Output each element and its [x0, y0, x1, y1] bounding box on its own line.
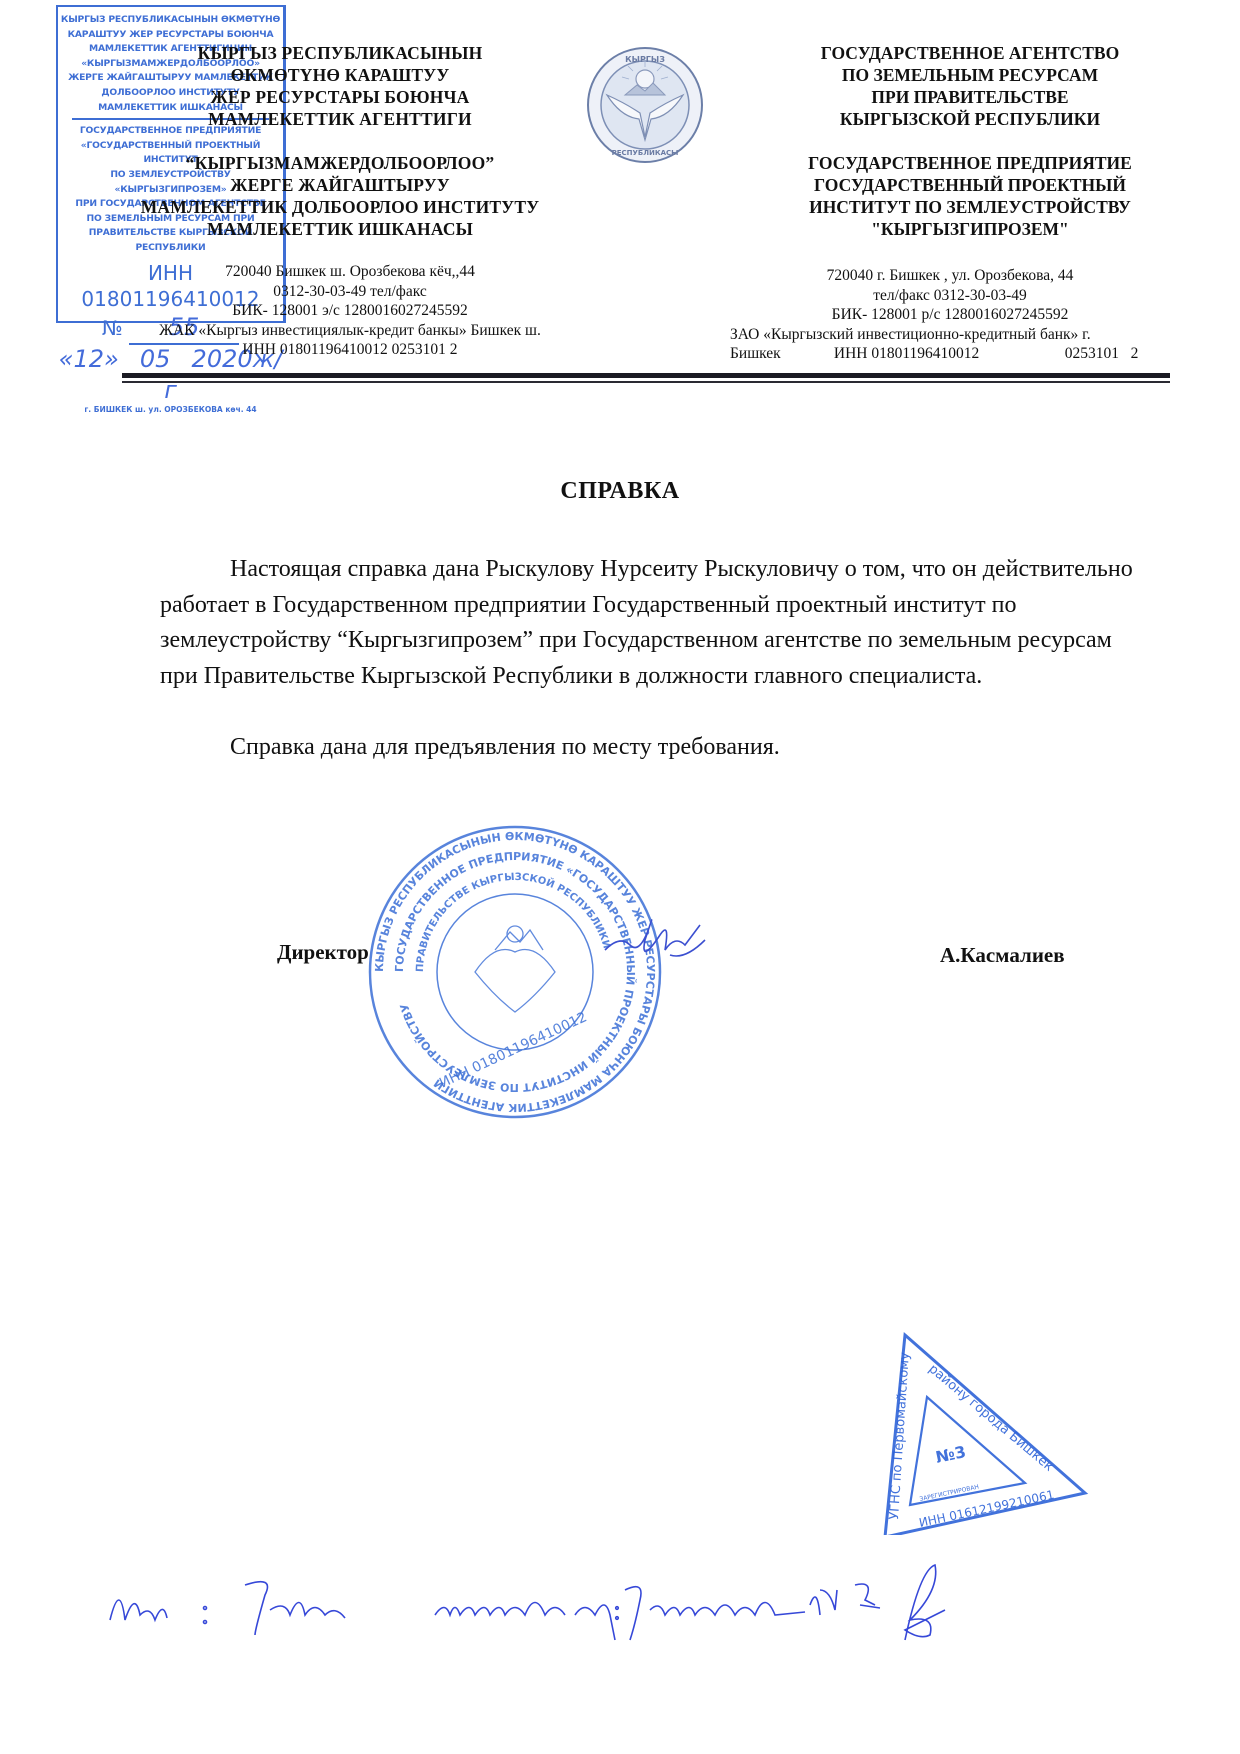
header-line: ГОСУДАРСТВЕННОЕ АГЕНТСТВО	[760, 42, 1180, 64]
header-line: ЖЕРГЕ ЖАЙГАШТЫРУУ	[120, 174, 560, 196]
bank-code: 0253101 2	[1065, 344, 1139, 364]
header-line: ЖЕР РЕСУРСТАРЫ БОЮНЧА	[120, 86, 560, 108]
document-body: Настоящая справка дана Рыскулову Нурсеит…	[160, 552, 1150, 766]
body-paragraph: Справка дана для предъявления по месту т…	[160, 730, 1150, 766]
address-line: ИНН 01801196410012 0253101 2	[120, 340, 580, 360]
svg-text:КЫРГЫЗ: КЫРГЫЗ	[625, 55, 665, 64]
header-line: "КЫРГЫЗГИПРОЗЕМ"	[760, 218, 1180, 240]
signatory-name: А.Касмалиев	[940, 943, 1065, 968]
stamp-date-day: «12»	[59, 345, 119, 373]
header-line: КЫРГЫЗ РЕСПУБЛИКАСЫНЫН	[120, 42, 560, 64]
state-emblem-icon: КЫРГЫЗ РЕСПУБЛИКАСЫ	[585, 45, 705, 165]
address-line: 720040 г. Бишкек , ул. Орозбекова, 44	[730, 266, 1170, 286]
handwritten-note: Исп : Главный инспектор: Туксорова Н.Э.	[105, 1560, 1165, 1650]
signatory-role: Директор	[277, 940, 369, 965]
header-line: КЫРГЫЗСКОЙ РЕСПУБЛИКИ	[760, 108, 1180, 130]
stamp-line: КАРАШТУУ ЖЕР РЕСУРСТАРЫ БОЮНЧА	[58, 28, 283, 43]
signature-icon	[600, 905, 710, 975]
document-title: СПРАВКА	[0, 478, 1240, 505]
header-line: ГОСУДАРСТВЕННОЕ ПРЕДПРИЯТИЕ	[760, 152, 1180, 174]
header-right-address: 720040 г. Бишкек , ул. Орозбекова, 44 те…	[730, 266, 1170, 364]
header-line: МАМЛЕКЕТТИК ИШКАНАСЫ	[120, 218, 560, 240]
bank-line: ЗАО «Кыргызский инвестиционно-кредитный …	[730, 325, 1170, 345]
header-line: МАМЛЕКЕТТИК ДОЛБООРЛОО ИНСТИТУТУ	[120, 196, 560, 218]
svg-text:РЕСПУБЛИКАСЫ: РЕСПУБЛИКАСЫ	[612, 149, 679, 157]
header-left-org: КЫРГЫЗ РЕСПУБЛИКАСЫНЫН ӨКМӨТҮНӨ КАРАШТУУ…	[120, 42, 560, 240]
header-line: МАМЛЕКЕТТИК АГЕНТТИГИ	[120, 108, 560, 130]
header-line: “КЫРГЫЗМАМЖЕРДОЛБООРЛОО”	[120, 152, 560, 174]
address-line: БИК- 128001 э/с 1280016027245592	[120, 301, 580, 321]
address-line: тел/факс 0312-30-03-49	[730, 286, 1170, 306]
header-line: ИНСТИТУТ ПО ЗЕМЛЕУСТРОЙСТВУ	[760, 196, 1180, 218]
header-divider-thin	[122, 381, 1170, 383]
stamp-city: г. БИШКЕК ш. ул. ОРОЗБЕКОВА көч. 44	[58, 405, 283, 415]
body-paragraph: Настоящая справка дана Рыскулову Нурсеит…	[160, 552, 1150, 694]
bank-inn: ИНН 01801196410012	[834, 344, 1039, 364]
address-line: 0312-30-03-49 тел/факс	[120, 282, 580, 302]
address-line: ЖАК «Кыргыз инвестициялык-кредит банкы» …	[120, 321, 580, 341]
header-line: ӨКМӨТҮНӨ КАРАШТУУ	[120, 64, 560, 86]
header-left-address: 720040 Бишкек ш. Орозбекова кёч,,44 0312…	[120, 262, 580, 360]
bank-city: Бишкек	[730, 344, 830, 364]
address-line: БИК- 128001 р/с 1280016027245592	[730, 305, 1170, 325]
stamp-line: КЫРГЫЗ РЕСПУБЛИКАСЫНЫН ӨКМӨТҮНӨ	[58, 13, 283, 28]
header-divider	[122, 373, 1170, 378]
bank-details-line: Бишкек ИНН 01801196410012 0253101 2	[730, 344, 1170, 364]
header-line: ГОСУДАРСТВЕННЫЙ ПРОЕКТНЫЙ	[760, 174, 1180, 196]
svg-text:УГНС по Первомайскому: УГНС по Первомайскому	[887, 1351, 913, 1520]
header-line: ПО ЗЕМЕЛЬНЫМ РЕСУРСАМ	[760, 64, 1180, 86]
svg-text:№3: №3	[934, 1442, 968, 1467]
header-right-org: ГОСУДАРСТВЕННОЕ АГЕНТСТВО ПО ЗЕМЕЛЬНЫМ Р…	[760, 42, 1180, 240]
tax-registration-stamp-icon: УГНС по Первомайскому району города Бишк…	[880, 1315, 1120, 1535]
address-line: 720040 Бишкек ш. Орозбекова кёч,,44	[120, 262, 580, 282]
header-line: ПРИ ПРАВИТЕЛЬСТВЕ	[760, 86, 1180, 108]
